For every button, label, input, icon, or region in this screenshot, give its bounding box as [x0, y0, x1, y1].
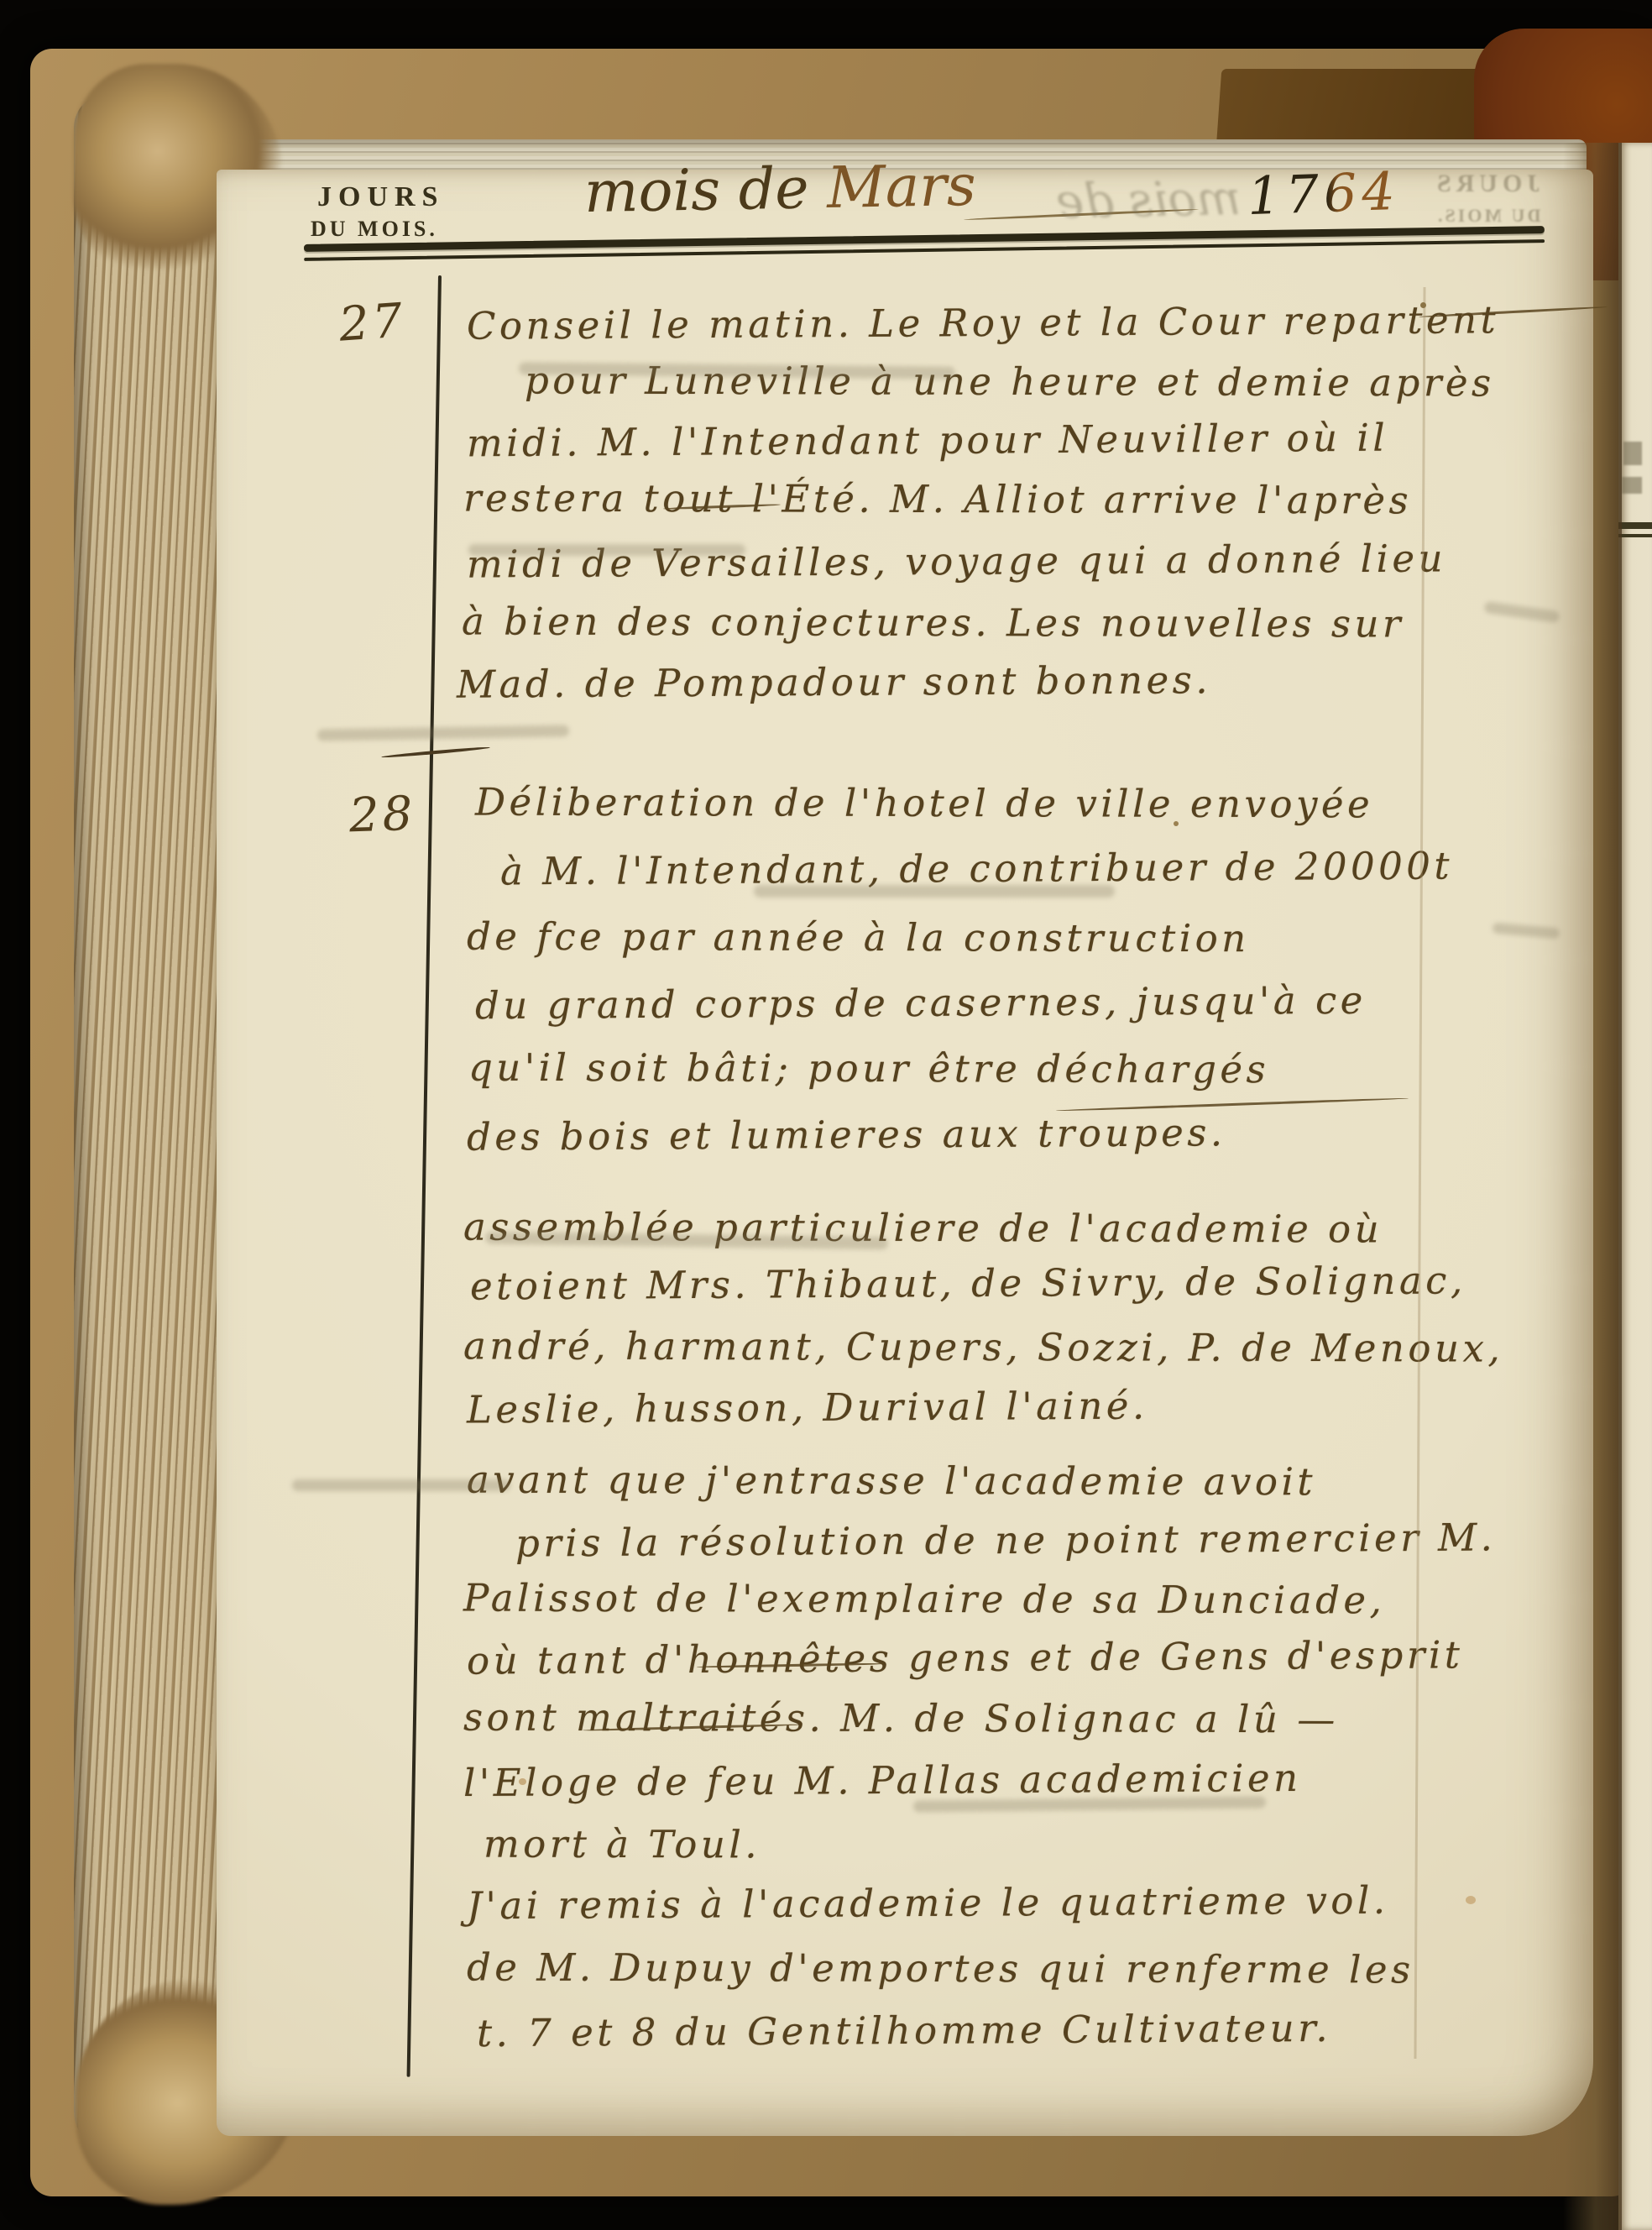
entry-28-line: mort à Toul.: [484, 1822, 761, 1867]
entry-28-line: de M. Dupuy d'emportes qui renferme les: [467, 1945, 1414, 1992]
handwritten-year: 1764: [1247, 160, 1401, 227]
entry-28-line: qu'il soit bâti; pour être déchargés: [468, 1045, 1269, 1091]
entry-28-line: t. 7 et 8 du Gentilhomme Cultivateur.: [477, 2006, 1331, 2055]
ink-speck: [1174, 821, 1179, 826]
day-number-28: 28: [348, 787, 416, 844]
entry-27-line: Conseil le matin. Le Roy et la Cour repa…: [467, 297, 1499, 348]
entry-28-line: etoient Mrs. Thibaut, de Sivry, de Solig…: [470, 1258, 1466, 1308]
ink-speck: [1420, 302, 1426, 308]
month-name: Mars: [826, 153, 976, 222]
bleedthrough-streak: [754, 885, 1115, 898]
entry-28-line: Déliberation de l'hotel de ville envoyée: [475, 780, 1373, 827]
book-photo: JOURS DU MOIS. mois de Mars 1764 mois de…: [0, 0, 1652, 2230]
journal-page: JOURS DU MOIS. mois de Mars 1764 mois de…: [217, 170, 1593, 2136]
entry-28-line: avant que j'entrasse l'academie avoit: [467, 1458, 1316, 1505]
bleedthrough-jours-ghost: JOURS: [1432, 170, 1540, 198]
entry-27-line: restera tout l'Été. M. Alliot arrive l'a…: [463, 476, 1412, 523]
day-number-27: 27: [337, 293, 408, 352]
bleedthrough-streak: [1483, 601, 1560, 623]
handwritten-month: mois de Mars: [583, 153, 976, 226]
facing-page-header-fragment: [1622, 477, 1642, 494]
entry-28-line: andré, harmant, Cupers, Sozzi, P. de Men…: [463, 1323, 1503, 1370]
entry-separator-tick: [381, 746, 490, 758]
entry-28-line: des bois et lumieres aux troupes.: [467, 1110, 1226, 1159]
entry-27-line: midi. M. l'Intendant pour Neuviller où i…: [467, 416, 1388, 466]
foxing-spot: [1466, 1896, 1476, 1904]
entry-28-line: pris la résolution de ne point remercier…: [515, 1515, 1497, 1565]
facing-page-rule-fragment: [1618, 522, 1652, 529]
bleedthrough-streak: [292, 1479, 510, 1491]
facing-page-sliver: [1618, 143, 1652, 2230]
entry-28-line: où tant d'honnêtes gens et de Gens d'esp…: [467, 1632, 1464, 1683]
header-double-rule: [304, 216, 1545, 268]
printed-header-jours: JOURS: [317, 181, 444, 213]
entry-28-line: Palissot de l'exemplaire de sa Dunciade,: [463, 1576, 1386, 1623]
page-stack-edges: [74, 94, 230, 2153]
entry-28-line: Leslie, husson, Durival l'ainé.: [467, 1384, 1148, 1432]
entry-28-line: J'ai remis à l'academie le quatrieme vol…: [467, 1878, 1389, 1929]
facing-page-rule-fragment: [1618, 534, 1652, 537]
bleedthrough-streak: [317, 725, 569, 741]
month-prefix: mois de: [583, 155, 809, 226]
bleedthrough-streak: [468, 544, 745, 556]
entry-27-line: Mad. de Pompadour sont bonnes.: [457, 657, 1211, 706]
facing-page-header-fragment: [1623, 442, 1642, 465]
foxing-spot: [519, 1778, 526, 1785]
entry-28-line: du grand corps de casernes, jusqu'à ce: [475, 978, 1367, 1028]
entry-28-line: sont maltraités. M. de Solignac a lû —: [463, 1695, 1339, 1742]
bleedthrough-streak: [1493, 923, 1561, 940]
day-column-rule: [407, 275, 442, 2077]
flourish-troupes-overline: [1056, 1097, 1409, 1112]
entry-28-line: de fce par année à la construction: [467, 914, 1250, 961]
entry-27-line: à bien des conjectures. Les nouvelles su…: [462, 599, 1404, 646]
